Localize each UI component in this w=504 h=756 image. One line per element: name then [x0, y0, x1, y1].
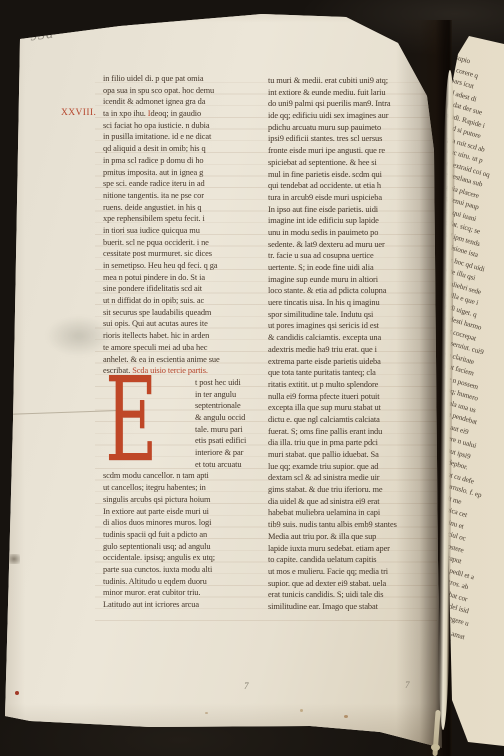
text-line: tudinis spacii qd fuit a pdicto an [103, 529, 259, 541]
text-line: ut pores imagines qsi sericis id est [268, 320, 432, 332]
text-line: nitione tangentis. ita ne pse cor [103, 190, 259, 202]
text-line: t post hec uidi [195, 377, 246, 389]
left-text-column: in filio uidel di. p que pat omiaopa sua… [103, 73, 259, 611]
text-line: parte sua cunctos. iuxta modu alti [103, 564, 259, 576]
text-line: pmitus imposita. aut in ignea g [103, 167, 259, 179]
text-line: extrema parte eisde parietis uideba [268, 356, 432, 368]
brown-speck [344, 715, 348, 718]
red-speck [15, 691, 19, 695]
text-line: ipsi9 edificii stantes. tres scl uersus [268, 133, 432, 145]
initial-adjacent-lines: t post hec uidiin ter anguluseptentriona… [195, 377, 246, 471]
text-line: uertente. S; in eode fine uidi alia [268, 262, 432, 274]
text-line: singulis arcubs qsi pictura hoium [103, 494, 259, 506]
text-line: dictu e. que ngl calciamtis calciata [268, 414, 432, 426]
initial-E-glyph: E [105, 372, 157, 469]
text-line: muri stabat. que pallio iduebat. Sa [268, 449, 432, 461]
right-text-column: tu muri & medii. erat cubiti uni9 atq;in… [268, 75, 432, 613]
text-line: rioris itellects habet. hic in arden [103, 330, 259, 342]
text-line: sedente. & lat9 dexteru ad muru uer [268, 239, 432, 251]
text-line: & candidis calciamtis. excepta una [268, 332, 432, 344]
text-line: sui opis. Qui aut acutas aures ite [103, 318, 259, 330]
text-line: tu muri & medii. erat cubiti uni9 atq; [268, 75, 432, 87]
text-line: tr. facie u sua ad cosupna uertice [268, 250, 432, 262]
text-line: septentrionale [195, 400, 246, 412]
text-line: mea n potui pindere in do. St ia [103, 272, 259, 284]
text-line: supior. que ad dexter ei9 stabat. uela [268, 578, 432, 590]
text-line: int extiore & eunde mediu. fuit lariu [268, 87, 432, 99]
text-line: in filio uidel di. p que pat omia [103, 73, 259, 85]
text-line: in pma scl radice p domu di ho [103, 155, 259, 167]
text-line: mul in fine parietis eisde. scdm qui [268, 169, 432, 181]
text-line: In ipso aut fine eisde parietis. uidi [268, 204, 432, 216]
text-line: opa sua in spu sco opat. hoc demu [103, 85, 259, 97]
text-line: sci faciat ho opa iusticie. n dubia [103, 120, 259, 132]
text-line: minor muror. erat cubitor triu. [103, 587, 259, 599]
text-line: excepta illa que sup muru stabat ut [268, 402, 432, 414]
text-line: tura in arcub9 eisde muri uspicieba [268, 192, 432, 204]
text-line: spe sci. eande radice iteru in ad [103, 178, 259, 190]
text-line: sine pondere ifidelitatis scd ait [103, 283, 259, 295]
text-line: di alios duos minores muros. logi [103, 517, 259, 529]
text-line: ritatis extitit. ut p multo splendore [268, 379, 432, 391]
text-line: spiciebat ad septentione. & hee si [268, 157, 432, 169]
text-line: gims stabat. & due triu iferioru. me [268, 484, 432, 496]
text-line: loco stante. & etia ad pdicta colupna [268, 285, 432, 297]
text-line: Latitudo aut int icriores arcua [103, 599, 259, 611]
text-line: interiore & par [195, 447, 246, 459]
gutter-mark-pencil: 7 [405, 680, 410, 690]
paragraph-lower: scdm modu cancellor. n tam aptiut cancel… [103, 470, 259, 610]
text-line: xpe rephensibilem spetu fecit. i [103, 213, 259, 225]
text-line: que tota tante puritatis tanteq; cla [268, 367, 432, 379]
text-line: lue qq; examde triu supior. que ad [268, 461, 432, 473]
text-line: dia illa. triu que in pma parte pdci [268, 437, 432, 449]
text-line: cessitate post murmuret. sic dices [103, 248, 259, 260]
brown-speck [300, 709, 303, 712]
text-line: Media aut triu por. & illa que sup [268, 531, 432, 543]
text-line: pdichu arcuatu muru sup pauimeto [268, 122, 432, 134]
text-line: In extiore aut parte eisde muri ui [103, 506, 259, 518]
text-line: unu in modu sedis in pauimeto po [268, 227, 432, 239]
brown-speck [205, 712, 208, 714]
text-line: ruens. deide angustiet. in his q [103, 202, 259, 214]
margin-chapter-numeral: XXVIII. [61, 108, 96, 118]
text-line: qui tendebat ad occidente. ut etia h [268, 180, 432, 192]
ink-text: deoq; in gaudio [151, 109, 202, 118]
text-line: gulo septentionali usq; ad angulu [103, 541, 259, 553]
text-line: dia uidel & que ad sinistra ei9 erat [268, 496, 432, 508]
text-line: in tiori sua iudice quicqua mu [103, 225, 259, 237]
text-line: to capite. candida uelatum capitis [268, 554, 432, 566]
text-line: ut n diffidat do in opib; suis. ac [103, 295, 259, 307]
text-line: in semetipso. Heu heu qd feci. q ga [103, 260, 259, 272]
text-line: et totu arcuatu [195, 459, 246, 471]
gray-smudge-stain [46, 316, 112, 356]
text-line: imagine sup eunde muru in altiori [268, 274, 432, 286]
text-line: & angulu occid [195, 412, 246, 424]
manuscript-left-page: 93a XXVIII. in filio uidel di. p que pat… [0, 0, 504, 756]
text-line: ut mos e mulieru. Facie qq; media tri [268, 566, 432, 578]
text-line: sit securus spe laudabilis queadm [103, 307, 259, 319]
manuscript-photograph: 93a XXVIII. in filio uidel di. p que pat… [0, 0, 504, 756]
text-line: habebat muliebra uelamina in capi [268, 507, 432, 519]
text-line: buerit. scl ne pqua occiderit. i ne [103, 237, 259, 249]
text-line: etis psati edifici [195, 435, 246, 447]
text-line: qd aliquid a desit in omib; his q [103, 143, 259, 155]
text-line: spor similitudine tale. Indutu qsi [268, 309, 432, 321]
text-line: te amore speculi mei ad uba hec [103, 342, 259, 354]
text-line: dextam scl & ad sinistra medie uir [268, 472, 432, 484]
text-line: fuerat. S; oms fine pallis erant indu [268, 426, 432, 438]
text-line: ide qq; edificiu uidi sex imagines aur [268, 110, 432, 122]
text-line: imagine int ide edificiu sup lapide [268, 215, 432, 227]
text-line: fronte eisde muri ipe angusti. que re [268, 145, 432, 157]
initial-paragraph: E t post hec uidiin ter anguluseptentrio… [103, 377, 259, 471]
illuminated-initial-E: E [103, 377, 195, 471]
text-line: in ter angulu [195, 389, 246, 401]
text-line: tudinis. Altitudo u eqdem duoru [103, 576, 259, 588]
edge-dark-spot [8, 554, 20, 564]
quire-mark-pencil: 7 [244, 681, 249, 691]
text-line: occidentale. ipsisq; angulis ex utq; [103, 552, 259, 564]
text-line: icendit & admonet ignea gra da [103, 96, 259, 108]
text-line: do uni9 palmi qsi puerilis man9. Intra [268, 98, 432, 110]
text-line: erat tunicis candidis. S; uidi tale dis [268, 589, 432, 601]
text-line: tib9 suis. nudis tantu albis emb9 stante… [268, 519, 432, 531]
text-line: nulla ei9 forma pfecte itueri potuit [268, 391, 432, 403]
text-line: tale. muru pari [195, 424, 246, 436]
text-line: adextris medie ha9 triu erat. que i [268, 344, 432, 356]
ink-text: ta in xpo ihu. [103, 109, 148, 118]
paragraph-one: in filio uidel di. p que pat omiaopa sua… [103, 73, 259, 377]
text-line: lapide iuxta muru sedebat. etiam aper [268, 543, 432, 555]
text-line: ta in xpo ihu. Ideoq; in gaudio [103, 108, 259, 120]
text-line: similitudine ear. Imago que stabat [268, 601, 432, 613]
text-line: uere tincatis uisa. In his q imaginu [268, 297, 432, 309]
text-line: in pusilla imitatione. id e ne dicat [103, 131, 259, 143]
